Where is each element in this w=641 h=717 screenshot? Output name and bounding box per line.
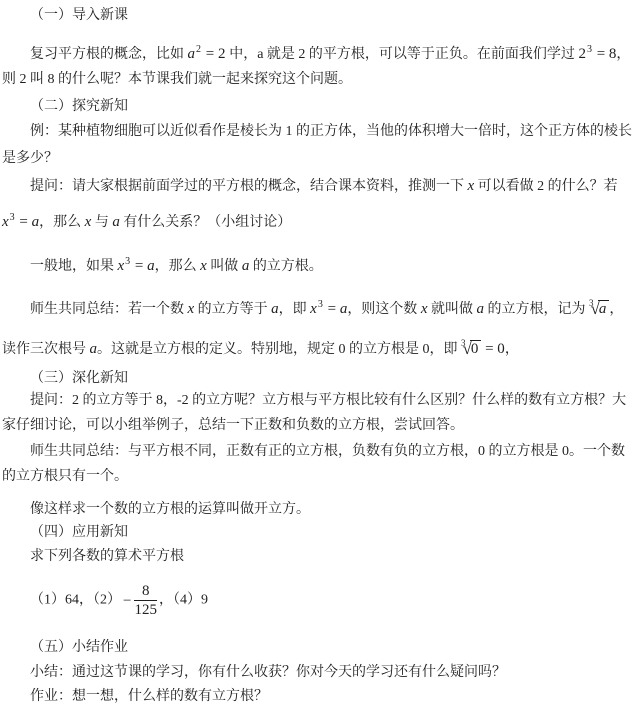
text-run: 与 bbox=[91, 215, 112, 230]
math-run: = bbox=[16, 214, 32, 230]
text-run: 求下列各数的算术平方根 bbox=[30, 549, 184, 564]
power-exponent: 3 bbox=[125, 256, 130, 267]
denominator: 125 bbox=[134, 601, 157, 618]
math-run: = 2 bbox=[202, 46, 229, 62]
text-run: 可以看做 2 的什么？若 bbox=[474, 179, 618, 194]
text-run: ， bbox=[616, 47, 630, 62]
text-run: ，那么 bbox=[39, 215, 85, 230]
text-run: ， bbox=[609, 302, 623, 317]
text-run: 。这就是立方根的定义。特别地，规定 0 的立方根是 0，即 bbox=[97, 342, 461, 357]
text-run: ，（4）9 bbox=[159, 593, 208, 608]
power-expression: a2 bbox=[188, 46, 203, 62]
text-run: 作业：想一想，什么样的数有立方根？ bbox=[30, 689, 268, 704]
radicand: a bbox=[598, 300, 610, 317]
text-run: ，那么 bbox=[155, 259, 201, 274]
text-run: 读作三次根号 bbox=[2, 342, 90, 357]
power-base: a bbox=[188, 46, 196, 62]
power-expression: x3 bbox=[2, 214, 16, 230]
power-exponent: 3 bbox=[10, 212, 15, 223]
text-line: 读作三次根号 a。这就是立方根的定义。特别地，规定 0 的立方根是 0，即 3√… bbox=[2, 333, 641, 360]
text-run: 师生共同总结：与平方根不同，正数有正的立方根，负数有负的立方根，0 的立方根是 … bbox=[30, 444, 625, 459]
text-line: 师生共同总结：若一个数 x 的立方等于 a，即 x3 = a，则这个数 x 就叫… bbox=[2, 293, 641, 320]
text-line: 的立方根只有一个。 bbox=[2, 467, 641, 487]
text-line: （五）小结作业 bbox=[2, 638, 641, 658]
text-line: 小结：通过这节课的学习，你有什么收获？你对今天的学习还有什么疑问吗？ bbox=[2, 663, 641, 683]
cube-root-expression: 3√0 bbox=[461, 341, 481, 357]
math-variable: a bbox=[90, 341, 98, 357]
text-line: 提问：请大家根据前面学过的平方根的概念，结合课本资料，推测一下 x 可以看做 2… bbox=[2, 176, 641, 197]
text-run: （1）64，（2） bbox=[30, 593, 121, 608]
text-run: ，则这个数 bbox=[347, 302, 421, 317]
power-exponent: 2 bbox=[196, 44, 201, 55]
text-line: 家仔细讨论，可以小组举例子，总结一下正数和负数的立方根，尝试回答。 bbox=[2, 416, 641, 436]
text-run: 就叫做 bbox=[427, 302, 476, 317]
text-line: 例：某种植物细胞可以近似看作是棱长为 1 的正方体，当他的体积增大一倍时，这个正… bbox=[2, 122, 641, 142]
math-run: = bbox=[131, 258, 147, 274]
text-line: 一般地，如果 x3 = a，那么 x 叫做 a 的立方根。 bbox=[2, 252, 641, 277]
math-variable: a bbox=[476, 301, 484, 317]
text-run: ，即 bbox=[279, 302, 311, 317]
text-run: 一般地，如果 bbox=[30, 259, 118, 274]
text-line: 求下列各数的算术平方根 bbox=[2, 547, 641, 567]
text-run: 叫做 bbox=[207, 259, 242, 274]
text-line: 作业：想一想，什么样的数有立方根？ bbox=[2, 687, 641, 707]
power-exponent: 3 bbox=[318, 299, 323, 310]
text-line: 提问：2 的立方等于 8，-2 的立方呢？立方根与平方根比较有什么区别？什么样的… bbox=[2, 391, 641, 411]
text-line: （四）应用新知 bbox=[2, 523, 641, 543]
math-variable: a bbox=[147, 258, 155, 274]
math-variable: a bbox=[112, 214, 120, 230]
fraction-expression: −8125 bbox=[123, 583, 157, 618]
text-run: 家仔细讨论，可以小组举例子，总结一下正数和负数的立方根，尝试回答。 bbox=[2, 418, 464, 433]
text-run: 的立方等于 bbox=[194, 302, 271, 317]
text-run: 师生共同总结：若一个数 bbox=[30, 302, 188, 317]
power-expression: x3 bbox=[118, 258, 132, 274]
power-base: 2 bbox=[578, 46, 586, 62]
cube-root-expression: 3√a bbox=[589, 301, 609, 317]
document-page: （一）导入新课复习平方根的概念，比如 a2 = 2 中，a 就是 2 的平方根，… bbox=[0, 0, 641, 717]
math-run: = 0 bbox=[481, 341, 504, 357]
text-run: 小结：通过这节课的学习，你有什么收获？你对今天的学习还有什么疑问吗？ bbox=[30, 665, 506, 680]
power-base: x bbox=[118, 258, 125, 274]
text-run: 提问：2 的立方等于 8，-2 的立方呢？立方根与平方根比较有什么区别？什么样的… bbox=[30, 393, 626, 408]
document-body: （一）导入新课复习平方根的概念，比如 a2 = 2 中，a 就是 2 的平方根，… bbox=[0, 0, 641, 717]
text-run: 例：某种植物细胞可以近似看作是棱长为 1 的正方体，当他的体积增大一倍时，这个正… bbox=[30, 124, 632, 139]
text-run: 的立方根，记为 bbox=[484, 302, 589, 317]
power-expression: 23 bbox=[578, 46, 593, 62]
math-run: = bbox=[324, 301, 340, 317]
text-run: 有什么关系？（小组讨论） bbox=[120, 215, 292, 230]
text-run: 的立方根只有一个。 bbox=[2, 469, 128, 484]
text-run: （三）深化新知 bbox=[30, 371, 128, 386]
math-run: = 8 bbox=[593, 46, 616, 62]
power-expression: x3 bbox=[310, 301, 324, 317]
math-variable: a bbox=[271, 301, 279, 317]
text-run: ， bbox=[505, 342, 519, 357]
minus-sign: − bbox=[123, 591, 131, 611]
text-run: 中，a 就是 2 的平方根，可以等于正负。在前面我们学过 bbox=[229, 47, 578, 62]
text-run: 复习平方根的概念，比如 bbox=[30, 47, 188, 62]
text-run: （五）小结作业 bbox=[30, 640, 128, 655]
text-line: （一）导入新课 bbox=[2, 6, 641, 26]
power-base: x bbox=[310, 301, 317, 317]
text-line: 则 2 叫 8 的什么呢？本节课我们就一起来探究这个问题。 bbox=[2, 70, 641, 90]
text-line: 师生共同总结：与平方根不同，正数有正的立方根，负数有负的立方根，0 的立方根是 … bbox=[2, 442, 641, 462]
power-base: x bbox=[2, 214, 9, 230]
fraction: 8125 bbox=[134, 583, 157, 618]
radicand: 0 bbox=[470, 340, 482, 357]
text-line: 像这样求一个数的立方根的运算叫做开立方。 bbox=[2, 500, 641, 520]
math-variable: x bbox=[200, 258, 207, 274]
text-run: 是多少？ bbox=[2, 151, 58, 166]
text-line: （二）探究新知 bbox=[2, 97, 641, 117]
text-run: （二）探究新知 bbox=[30, 99, 128, 114]
text-line: x3 = a，那么 x 与 a 有什么关系？（小组讨论） bbox=[2, 208, 641, 233]
text-run: 的立方根。 bbox=[249, 259, 323, 274]
numerator: 8 bbox=[134, 583, 157, 601]
text-run: （四）应用新知 bbox=[30, 525, 128, 540]
text-run: 提问：请大家根据前面学过的平方根的概念，结合课本资料，推测一下 bbox=[30, 179, 468, 194]
text-line: 是多少？ bbox=[2, 149, 641, 169]
text-line: 复习平方根的概念，比如 a2 = 2 中，a 就是 2 的平方根，可以等于正负。… bbox=[2, 40, 641, 65]
text-run: 像这样求一个数的立方根的运算叫做开立方。 bbox=[30, 502, 310, 517]
text-run: （一）导入新课 bbox=[30, 8, 128, 23]
text-line: （三）深化新知 bbox=[2, 369, 641, 389]
power-exponent: 3 bbox=[587, 44, 592, 55]
text-run: 则 2 叫 8 的什么呢？本节课我们就一起来探究这个问题。 bbox=[2, 72, 352, 87]
text-line: （1）64，（2）−8125，（4）9 bbox=[2, 583, 641, 618]
